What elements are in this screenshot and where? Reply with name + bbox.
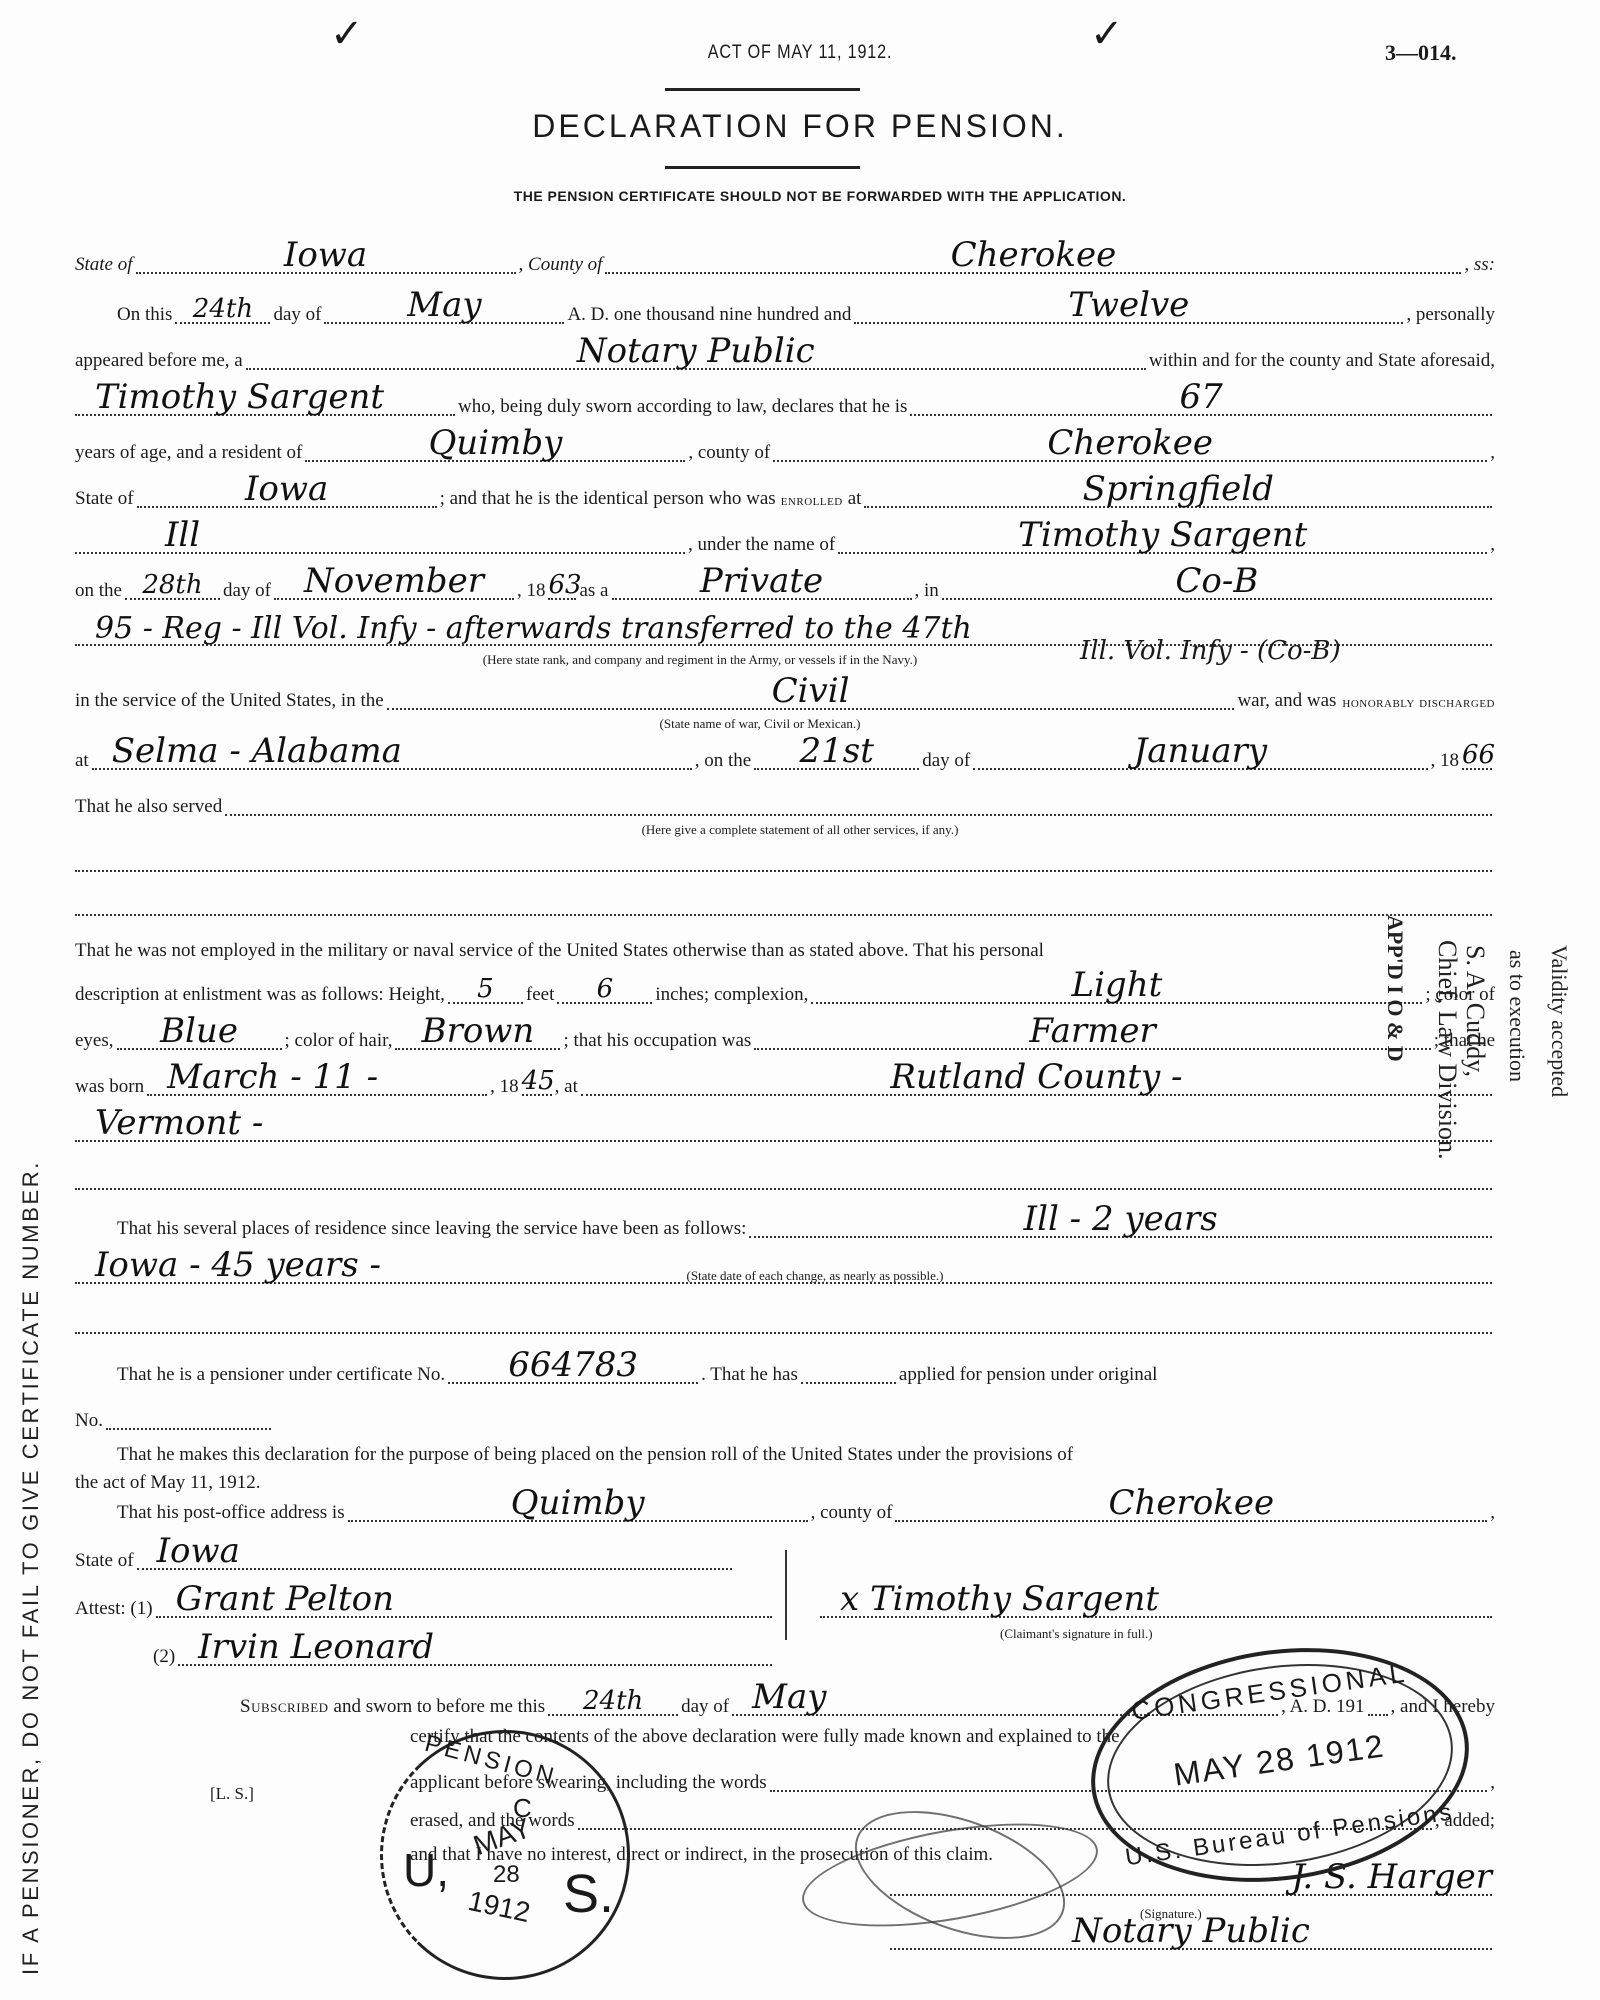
residence-history-field-1[interactable]: Ill - 2 years <box>749 1198 1492 1238</box>
discharge-year-field[interactable]: 66 <box>1462 730 1492 770</box>
residence-history-line-3 <box>75 1300 1495 1340</box>
discharge-place-field[interactable]: Selma - Alabama <box>92 730 692 770</box>
month-field[interactable]: May <box>324 284 564 324</box>
enrolled-name-line: Ill , under the name of Timothy Sargent … <box>75 520 1495 560</box>
occupation-field[interactable]: Farmer <box>754 1010 1430 1050</box>
also-served-field-3[interactable] <box>75 876 1492 916</box>
law-division-stamp-c: as to execution <box>1504 950 1530 1082</box>
also-served-field-2[interactable] <box>75 832 1492 872</box>
enroll-year-field[interactable]: 63 <box>548 560 576 600</box>
residence-caption: (State date of each change, as nearly as… <box>0 1268 1600 1284</box>
act-heading: ACT OF MAY 11, 1912. <box>120 42 1480 64</box>
also-served-line: That he also served <box>75 782 1495 822</box>
law-division-stamp-b: S. A. Cuddy, <box>1460 945 1490 1077</box>
war-line: in the service of the United States, in … <box>75 676 1495 716</box>
attest-1-field[interactable]: Grant Pelton <box>156 1578 772 1618</box>
discharge-month-field[interactable]: January <box>973 730 1427 770</box>
date-line: On this 24th day of May A. D. one thousa… <box>75 290 1495 330</box>
po-address-field[interactable]: Quimby <box>348 1482 808 1522</box>
residence-history-field-3[interactable] <box>75 1294 1492 1334</box>
birth-place-line-2: Vermont - <box>75 1108 1495 1148</box>
also-served-line-3 <box>75 882 1495 922</box>
claimant-signature-caption: (Claimant's signature in full.) <box>1000 1626 1153 1642</box>
claimant-signature-line: x Timothy Sargent <box>820 1584 1495 1624</box>
notary-title-field[interactable]: Notary Public <box>890 1910 1492 1950</box>
birth-place-field-2[interactable]: Vermont - <box>75 1102 1492 1142</box>
rank-caption: (Here state rank, and company and regime… <box>0 652 1600 668</box>
age-field[interactable]: 67 <box>910 376 1492 416</box>
day-field[interactable]: 24th <box>175 284 270 324</box>
original-number-field[interactable] <box>106 1390 271 1430</box>
residence-town-field[interactable]: Quimby <box>305 422 685 462</box>
year-word-field[interactable]: Twelve <box>854 284 1403 324</box>
enrolled-name-field[interactable]: Timothy Sargent <box>838 514 1487 554</box>
document-title: DECLARATION FOR PENSION. <box>0 108 1600 145</box>
header-rule-top <box>665 88 860 91</box>
enroll-day-field[interactable]: 28th <box>125 560 220 600</box>
residence-state-field[interactable]: Iowa <box>137 468 437 508</box>
state-field[interactable]: Iowa <box>136 234 516 274</box>
also-served-line-2 <box>75 838 1495 878</box>
po-state-line: State of Iowa <box>75 1536 735 1576</box>
height-feet-field[interactable]: 5 <box>448 964 523 1004</box>
has-applied-field[interactable] <box>801 1344 896 1384</box>
form-number: 3—014. <box>1385 40 1457 66</box>
check-mark-icon: ✓ <box>330 10 364 57</box>
birth-date-field[interactable]: March - 11 - <box>147 1056 487 1096</box>
certificate-line: That he is a pensioner under certificate… <box>75 1350 1495 1390</box>
claimant-signature-field[interactable]: x Timothy Sargent <box>820 1578 1492 1618</box>
law-division-stamp-d: Validity accepted <box>1546 945 1572 1097</box>
birth-place-field[interactable]: Rutland County - <box>581 1056 1492 1096</box>
appeared-line: appeared before me, a Notary Public with… <box>75 336 1495 376</box>
attest-2-field[interactable]: Irvin Leonard <box>178 1626 772 1666</box>
rank-field[interactable]: Private <box>612 560 912 600</box>
residence-county-field[interactable]: Cherokee <box>773 422 1487 462</box>
forwarding-notice: THE PENSION CERTIFICATE SHOULD NOT BE FO… <box>0 188 1600 204</box>
enrolled-at-field[interactable]: Springfield <box>864 468 1492 508</box>
attest-1-line: Attest: (1) Grant Pelton <box>75 1584 775 1624</box>
claimant-name-field[interactable]: Timothy Sargent <box>75 376 455 416</box>
complexion-field[interactable]: Light <box>811 964 1422 1004</box>
not-employed-line: That he was not employed in the military… <box>75 926 1495 966</box>
attest-2-line: (2) Irvin Leonard <box>75 1632 775 1672</box>
law-division-stamp-a: Chief, Law Division. <box>1432 940 1462 1160</box>
enlistment-date-line: on the 28th day of November , 18 63 as a… <box>75 566 1495 606</box>
claimant-line: Timothy Sargent who, being duly sworn ac… <box>75 382 1495 422</box>
po-state-field[interactable]: Iowa <box>137 1530 732 1570</box>
birth-line: was born March - 11 - , 18 45 , at Rutla… <box>75 1062 1495 1102</box>
residence-history-line: That his several places of residence sin… <box>75 1204 1495 1244</box>
eyes-hair-line: eyes, Blue ; color of hair, Brown ; that… <box>75 1016 1495 1056</box>
company-field[interactable]: Co-B <box>942 560 1492 600</box>
hair-field[interactable]: Brown <box>395 1010 560 1050</box>
venue-line: State of Iowa , County of Cherokee , ss: <box>75 240 1495 280</box>
discharge-line: at Selma - Alabama , on the 21st day of … <box>75 736 1495 776</box>
birth-year-field[interactable]: 45 <box>522 1056 552 1096</box>
residence-line: years of age, and a resident of Quimby ,… <box>75 428 1495 468</box>
pension-office-stamp: PENSION C MAY 28 1912 U, S. <box>380 1730 630 1980</box>
check-mark-icon-2: ✓ <box>1090 10 1124 57</box>
sworn-day-field[interactable]: 24th <box>548 1676 678 1716</box>
eyes-field[interactable]: Blue <box>117 1010 282 1050</box>
description-line: description at enlistment was as follows… <box>75 970 1495 1010</box>
seal-mark: [L. S.] <box>210 1784 254 1804</box>
pension-declaration-page: ACT OF MAY 11, 1912. 3—014. DECLARATION … <box>0 0 1600 2000</box>
notary-title-line: Notary Public <box>890 1916 1495 1956</box>
po-county-field[interactable]: Cherokee <box>895 1482 1487 1522</box>
approval-stamp: APP'D I O & D <box>1382 915 1408 1062</box>
header-rule-bottom <box>665 166 860 169</box>
height-inches-field[interactable]: 6 <box>557 964 652 1004</box>
blank-line <box>75 1156 1495 1196</box>
also-served-field[interactable] <box>225 776 1492 816</box>
county-field[interactable]: Cherokee <box>605 234 1461 274</box>
certificate-number-field[interactable]: 664783 <box>448 1344 698 1384</box>
war-field[interactable]: Civil <box>387 670 1235 710</box>
discharge-day-field[interactable]: 21st <box>754 730 919 770</box>
enrolled-state-field[interactable]: Ill <box>75 514 685 554</box>
enroll-month-field[interactable]: November <box>274 560 514 600</box>
signature-divider <box>785 1550 787 1640</box>
post-office-line: That his post-office address is Quimby ,… <box>75 1488 1495 1528</box>
regiment-continuation: Ill. Vol. Infy - (Co-B) <box>1080 636 1341 666</box>
officer-field[interactable]: Notary Public <box>246 330 1146 370</box>
enrolled-line: State of Iowa ; and that he is the ident… <box>75 474 1495 514</box>
